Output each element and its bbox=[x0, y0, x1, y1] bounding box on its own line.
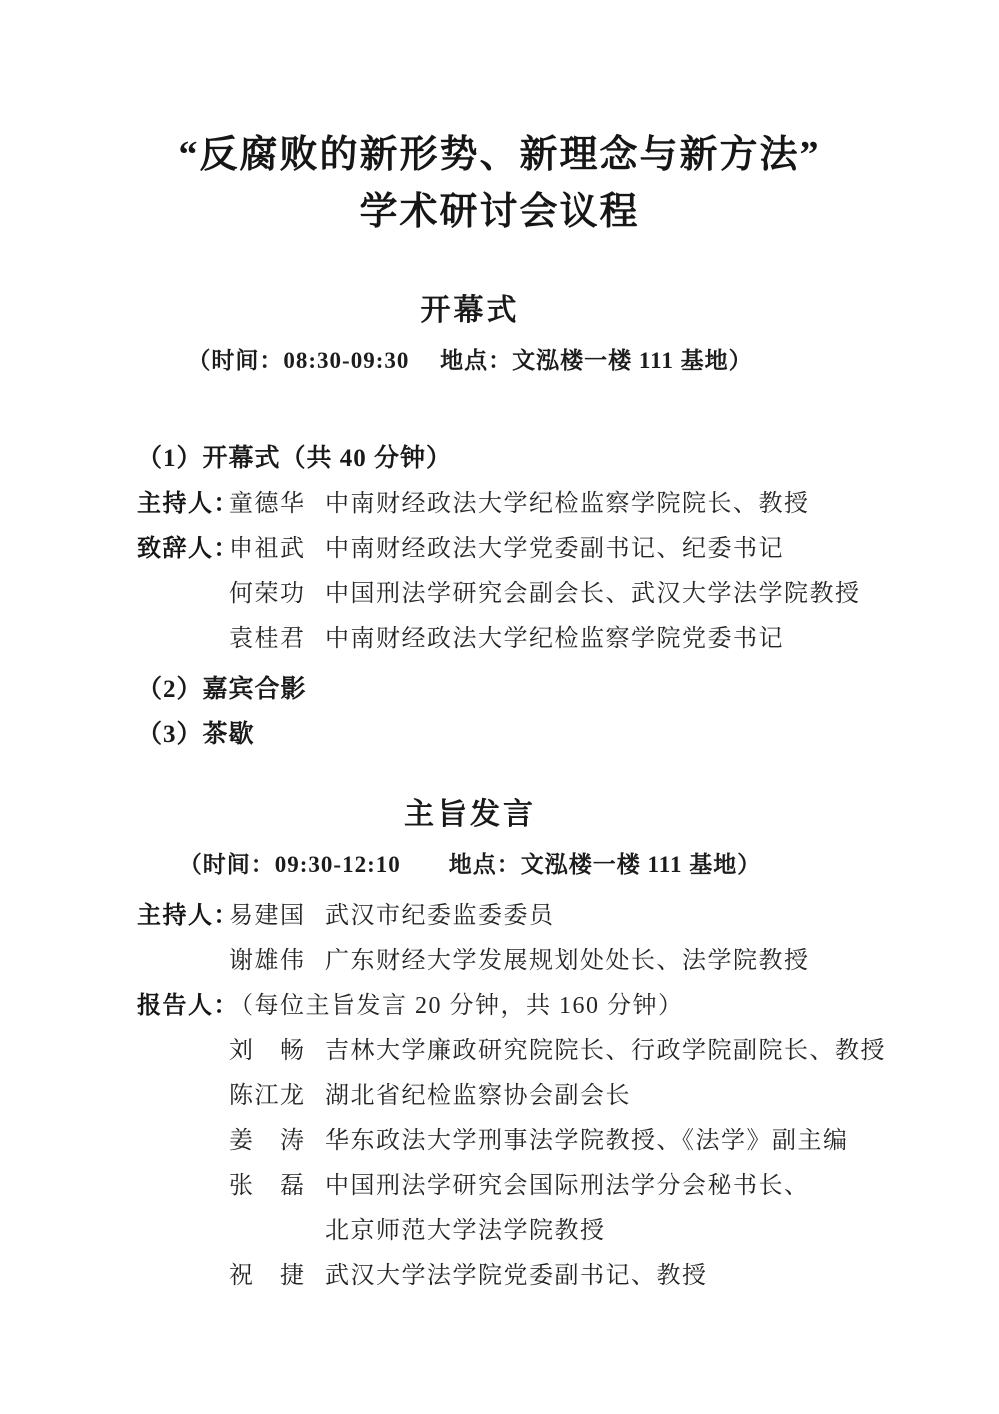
speaker-time-note: （每位主旨发言 20 分钟，共 160 分钟） bbox=[229, 984, 999, 1029]
role-label bbox=[137, 572, 229, 617]
person-row: 刘 畅 吉林大学廉政研究院院长、行政学院副院长、教授 bbox=[137, 1029, 999, 1074]
person-name: 祝 捷 bbox=[229, 1254, 325, 1299]
agenda-item-2: （2）嘉宾合影 bbox=[137, 667, 999, 712]
person-affiliation: 中南财经政法大学纪检监察学院党委书记 bbox=[325, 617, 999, 662]
person-name: 刘 畅 bbox=[229, 1029, 325, 1074]
keynote-schedule: （时间：09:30-12:10 地点：文泓楼一楼 111 基地） bbox=[0, 848, 940, 881]
agenda-item-3: （3）茶歇 bbox=[137, 712, 999, 757]
section-opening: 开幕式 （时间：08:30-09:30 地点：文泓楼一楼 111 基地） （1）… bbox=[0, 291, 999, 757]
person-name: 陈江龙 bbox=[229, 1074, 325, 1119]
person-affiliation: 北京师范大学法学院教授 bbox=[325, 1209, 999, 1254]
keynote-heading: 主旨发言 bbox=[0, 795, 940, 835]
person-affiliation: 华东政法大学刑事法学院教授、《法学》副主编 bbox=[325, 1119, 999, 1164]
person-row: 何荣功 中国刑法学研究会副会长、武汉大学法学院教授 bbox=[137, 572, 999, 617]
title-line-1: “反腐败的新形势、新理念与新方法” bbox=[0, 127, 999, 184]
opening-heading: 开幕式 bbox=[0, 291, 940, 331]
person-name: 谢雄伟 bbox=[229, 939, 325, 984]
person-name: 姜 涛 bbox=[229, 1119, 325, 1164]
person-affiliation: 中国刑法学研究会副会长、武汉大学法学院教授 bbox=[325, 572, 999, 617]
role-label: 主持人： bbox=[137, 894, 229, 939]
person-affiliation: 武汉市纪委监委委员 bbox=[325, 894, 999, 939]
person-affiliation: 中南财经政法大学纪检监察学院院长、教授 bbox=[325, 482, 999, 527]
title-line-2: 学术研讨会议程 bbox=[0, 184, 999, 241]
person-row: 主持人： 童德华 中南财经政法大学纪检监察学院院长、教授 bbox=[137, 482, 999, 527]
opening-person-list: 主持人： 童德华 中南财经政法大学纪检监察学院院长、教授 致辞人： 申祖武 中南… bbox=[137, 482, 999, 662]
person-name: 申祖武 bbox=[229, 527, 325, 572]
person-affiliation: 中南财经政法大学党委副书记、纪委书记 bbox=[325, 527, 999, 572]
person-name: 何荣功 bbox=[229, 572, 325, 617]
role-label bbox=[137, 1074, 229, 1119]
person-name: 易建国 bbox=[229, 894, 325, 939]
person-row: 主持人： 易建国 武汉市纪委监委委员 bbox=[137, 894, 999, 939]
person-affiliation: 广东财经大学发展规划处处长、法学院教授 bbox=[325, 939, 999, 984]
role-label bbox=[137, 1164, 229, 1209]
role-label: 致辞人： bbox=[137, 527, 229, 572]
person-row: 陈江龙 湖北省纪检监察协会副会长 bbox=[137, 1074, 999, 1119]
role-label bbox=[137, 1254, 229, 1299]
person-affiliation: 中国刑法学研究会国际刑法学分会秘书长、 bbox=[325, 1164, 999, 1209]
person-row: 张 磊 中国刑法学研究会国际刑法学分会秘书长、 bbox=[137, 1164, 999, 1209]
person-affiliation: 武汉大学法学院党委副书记、教授 bbox=[325, 1254, 999, 1299]
person-name bbox=[229, 1209, 325, 1254]
person-row: 袁桂君 中南财经政法大学纪检监察学院党委书记 bbox=[137, 617, 999, 662]
role-label bbox=[137, 1119, 229, 1164]
person-affiliation: 湖北省纪检监察协会副会长 bbox=[325, 1074, 999, 1119]
role-label bbox=[137, 1209, 229, 1254]
role-label bbox=[137, 1029, 229, 1074]
section-keynote: 主旨发言 （时间：09:30-12:10 地点：文泓楼一楼 111 基地） 主持… bbox=[0, 795, 999, 1299]
keynote-person-list: 主持人： 易建国 武汉市纪委监委委员 谢雄伟 广东财经大学发展规划处处长、法学院… bbox=[137, 894, 999, 1299]
role-label bbox=[137, 939, 229, 984]
person-row: 报告人： （每位主旨发言 20 分钟，共 160 分钟） bbox=[137, 984, 999, 1029]
opening-schedule: （时间：08:30-09:30 地点：文泓楼一楼 111 基地） bbox=[0, 344, 940, 377]
document-title: “反腐败的新形势、新理念与新方法” 学术研讨会议程 bbox=[0, 0, 999, 241]
person-row: 祝 捷 武汉大学法学院党委副书记、教授 bbox=[137, 1254, 999, 1299]
person-row-continuation: 北京师范大学法学院教授 bbox=[137, 1209, 999, 1254]
person-name: 张 磊 bbox=[229, 1164, 325, 1209]
person-row: 谢雄伟 广东财经大学发展规划处处长、法学院教授 bbox=[137, 939, 999, 984]
person-name: 童德华 bbox=[229, 482, 325, 527]
person-row: 姜 涛 华东政法大学刑事法学院教授、《法学》副主编 bbox=[137, 1119, 999, 1164]
role-label bbox=[137, 617, 229, 662]
role-label: 报告人： bbox=[137, 984, 229, 1029]
document-page: “反腐败的新形势、新理念与新方法” 学术研讨会议程 开幕式 （时间：08:30-… bbox=[0, 0, 999, 1414]
person-name: 袁桂君 bbox=[229, 617, 325, 662]
person-row: 致辞人： 申祖武 中南财经政法大学党委副书记、纪委书记 bbox=[137, 527, 999, 572]
agenda-item-1: （1）开幕式（共 40 分钟） bbox=[137, 436, 999, 481]
role-label: 主持人： bbox=[137, 482, 229, 527]
person-affiliation: 吉林大学廉政研究院院长、行政学院副院长、教授 bbox=[325, 1029, 999, 1074]
